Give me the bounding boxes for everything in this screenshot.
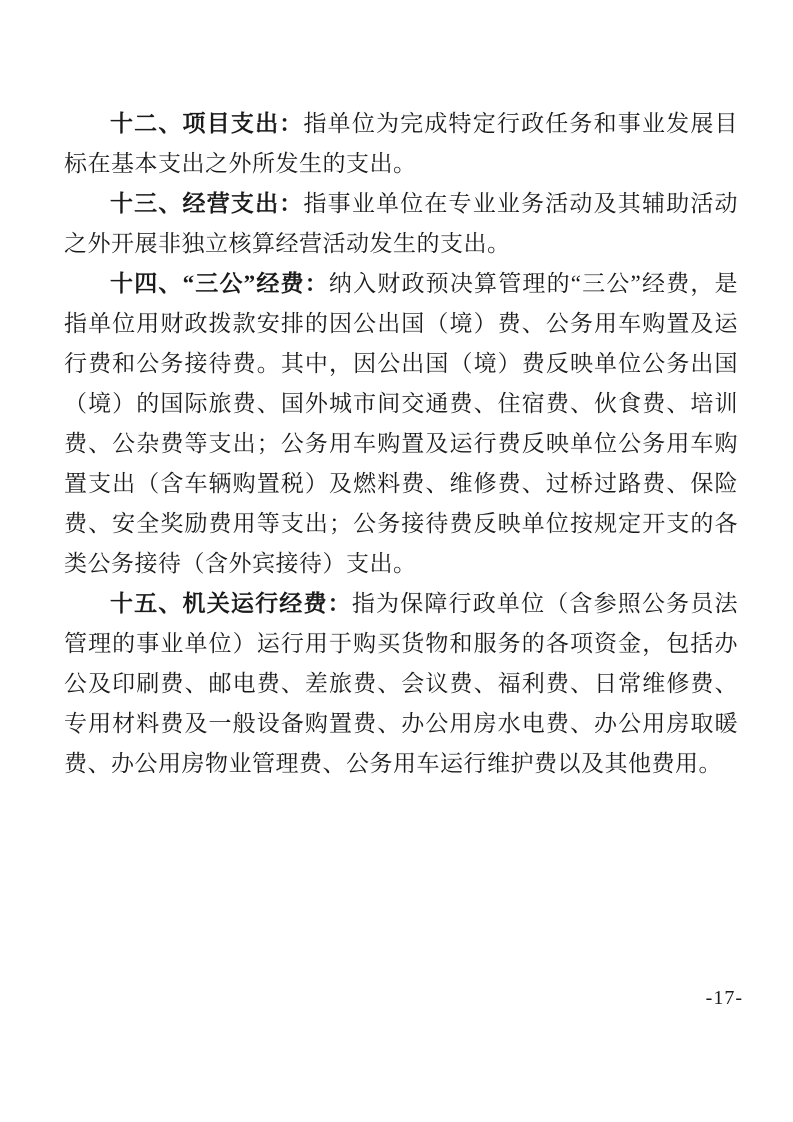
section-label: 十五、机关运行经费：: [110, 591, 352, 616]
section-text: 指为保障行政单位（含参照公务员法管理的事业单位）运行用于购买货物和服务的各项资金…: [64, 591, 738, 776]
section-label: 十三、经营支出：: [110, 191, 303, 216]
paragraph-item-12: 十二、项目支出：指单位为完成特定行政任务和事业发展目标在基本支出之外所发生的支出…: [64, 104, 738, 184]
document-page: 十二、项目支出：指单位为完成特定行政任务和事业发展目标在基本支出之外所发生的支出…: [0, 0, 793, 1122]
section-label: 十二、项目支出：: [110, 111, 303, 136]
page-number: -17-: [706, 987, 743, 1010]
document-body: 十二、项目支出：指单位为完成特定行政任务和事业发展目标在基本支出之外所发生的支出…: [64, 104, 738, 784]
section-label: 十四、“三公”经费：: [110, 271, 329, 296]
paragraph-item-13: 十三、经营支出：指事业单位在专业业务活动及其辅助活动之外开展非独立核算经营活动发…: [64, 184, 738, 264]
paragraph-item-15: 十五、机关运行经费：指为保障行政单位（含参照公务员法管理的事业单位）运行用于购买…: [64, 584, 738, 784]
section-text: 纳入财政预决算管理的“三公”经费，是指单位用财政拨款安排的因公出国（境）费、公务…: [64, 271, 738, 576]
paragraph-item-14: 十四、“三公”经费：纳入财政预决算管理的“三公”经费，是指单位用财政拨款安排的因…: [64, 264, 738, 584]
